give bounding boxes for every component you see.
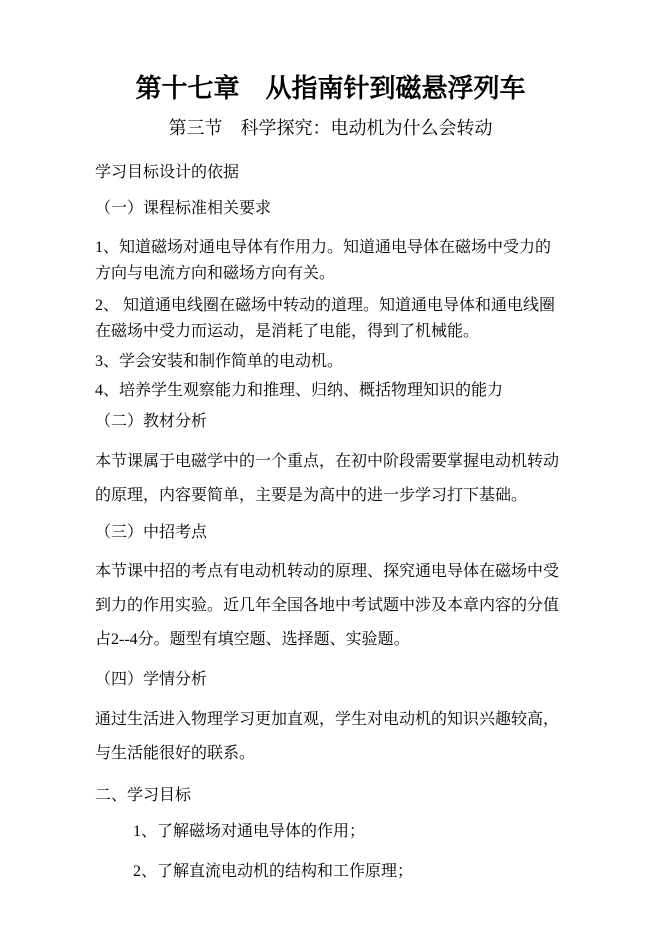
- section-intro: 学习目标设计的依据: [95, 162, 566, 183]
- document-title: 第十七章 从指南针到磁悬浮列车: [75, 72, 586, 106]
- goal-item-2: 2、了解直流电动机的结构和工作原理；: [133, 861, 566, 882]
- requirement-item-3: 3、学会安装和制作简单的电动机。: [95, 351, 566, 372]
- document-page: 第十七章 从指南针到磁悬浮列车 第三节 科学探究：电动机为什么会转动 学习目标设…: [0, 0, 661, 935]
- goal-item-1: 1、了解磁场对通电导体的作用；: [133, 821, 566, 842]
- heading-course-standard: （一）课程标准相关要求: [95, 198, 566, 219]
- heading-textbook-analysis: （二）教材分析: [95, 411, 566, 432]
- document-subtitle: 第三节 科学探究：电动机为什么会转动: [95, 116, 566, 140]
- requirement-item-2: 2、 知道通电线圈在磁场中转动的道理。知道通电导体和通电线圈在磁场中受力而运动，…: [95, 293, 566, 345]
- document-body: 学习目标设计的依据 （一）课程标准相关要求 1、知道磁场对通电导体有作用力。知道…: [95, 162, 566, 882]
- heading-learning-goals: 二、学习目标: [95, 785, 566, 806]
- heading-learner-analysis: （四）学情分析: [95, 669, 566, 690]
- requirement-item-4: 4、培养学生观察能力和推理、归纳、概括物理知识的能力: [95, 380, 566, 401]
- para-textbook-analysis: 本节课属于电磁学中的一个重点，在初中阶段需要掌握电动机转动的原理，内容要简单，主…: [95, 445, 566, 513]
- heading-exam-points: （三）中招考点: [95, 522, 566, 543]
- para-learner-analysis: 通过生活进入物理学习更加直观，学生对电动机的知识兴趣较高，与生活能很好的联系。: [95, 703, 566, 771]
- requirement-item-1: 1、知道磁场对通电导体有作用力。知道通电导体在磁场中受力的方向与电流方向和磁场方…: [95, 235, 566, 287]
- para-exam-points: 本节课中招的考点有电动机转动的原理、探究通电导体在磁场中受到力的作用实验。近几年…: [95, 555, 566, 657]
